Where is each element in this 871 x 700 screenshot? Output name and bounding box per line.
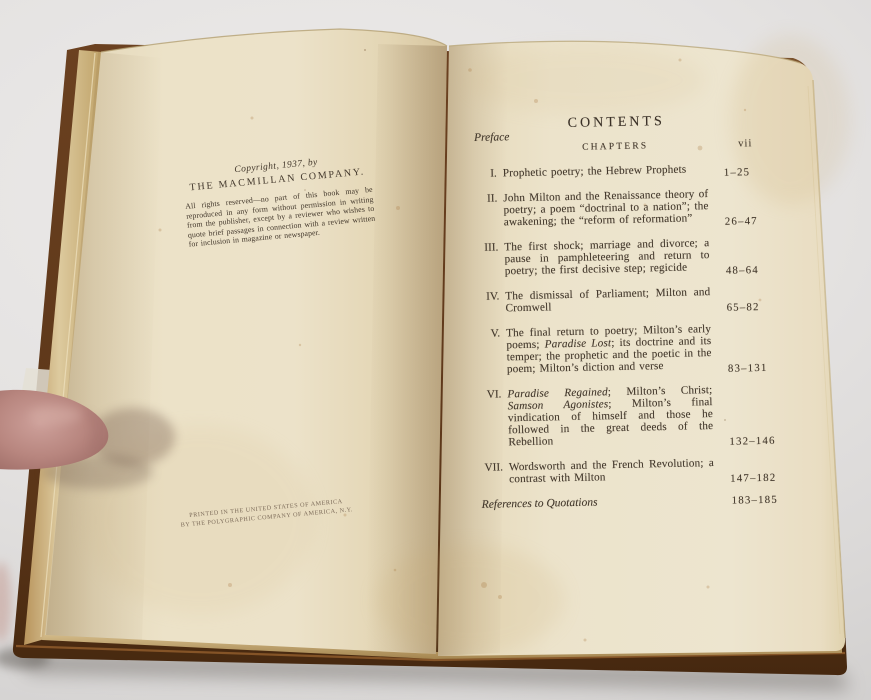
chapter-pages: 147–182 <box>714 472 783 485</box>
contents-entry: II.John Milton and the Renaissance theor… <box>455 187 778 230</box>
fingertip-edge <box>0 562 11 642</box>
chapter-text: The dismissal of Parliament; Milton and … <box>505 286 710 314</box>
chapter-text: The first shock; marriage and divorce; a… <box>504 237 710 277</box>
preface-row: Preface vii CHAPTERS <box>454 126 777 167</box>
chapter-numeral: VI. <box>459 388 507 401</box>
chapter-pages: 132–146 <box>713 435 782 448</box>
chapter-pages: 65–82 <box>711 301 780 314</box>
chapter-pages: 1–25 <box>708 166 777 179</box>
chapter-text: Wordsworth and the French Revolution; a … <box>509 457 714 485</box>
chapter-pages: 48–64 <box>710 264 779 277</box>
contents-entries: I.Prophetic poetry; the Hebrew Prophets1… <box>455 162 784 487</box>
chapter-text: John Milton and the Renaissance theory o… <box>503 188 709 228</box>
preface-label: Preface <box>474 131 510 144</box>
references-pages: 183–185 <box>732 494 778 507</box>
references-label: References to Quotations <box>482 496 598 510</box>
chapter-text: Paradise Regained; Milton’s Christ; Sams… <box>507 384 713 448</box>
chapter-numeral: V. <box>458 327 506 340</box>
chapter-pages: 83–131 <box>712 362 781 375</box>
contents-entry: VII.Wordsworth and the French Revolution… <box>461 456 783 487</box>
contents-page: CONTENTS Preface vii CHAPTERS I.Propheti… <box>454 110 784 512</box>
chapter-numeral: IV. <box>457 290 505 303</box>
chapter-text: Prophetic poetry; the Hebrew Prophets <box>503 163 708 179</box>
copyright-block: Copyright, 1937, by THE MACMILLAN COMPAN… <box>182 153 376 249</box>
book-photo: Copyright, 1937, by THE MACMILLAN COMPAN… <box>0 0 871 700</box>
chapter-numeral: I. <box>455 167 503 180</box>
contents-entry: V.The final return to poetry; Milton’s e… <box>458 322 781 377</box>
chapter-numeral: VII. <box>461 461 509 474</box>
contents-entry: VI.Paradise Regained; Milton’s Christ; S… <box>459 383 782 450</box>
chapter-numeral: II. <box>455 192 503 205</box>
chapter-pages: 26–47 <box>709 215 778 228</box>
chapter-text: The final return to poetry; Milton’s ear… <box>506 323 712 375</box>
contents-entry: III.The first shock; marriage and divorc… <box>456 236 779 279</box>
contents-entry: IV.The dismissal of Parliament; Milton a… <box>457 285 779 316</box>
chapter-numeral: III. <box>456 241 504 254</box>
